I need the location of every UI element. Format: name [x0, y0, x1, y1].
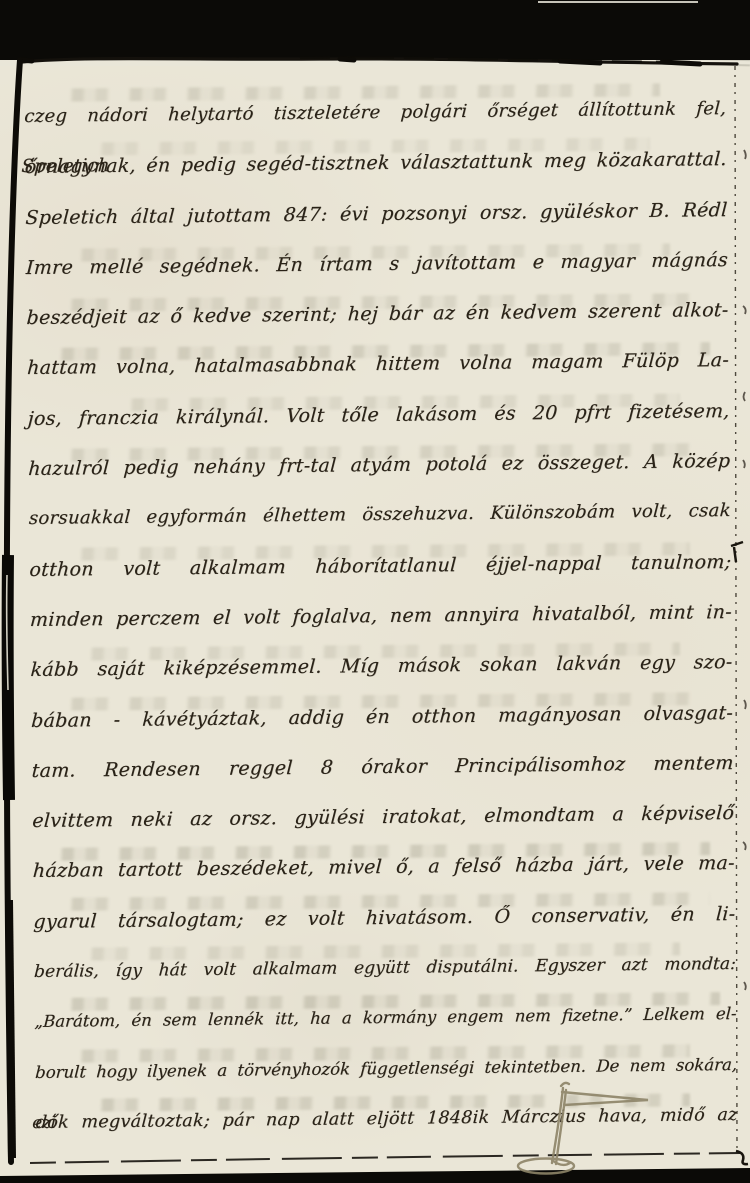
pencil-flag-annotation	[0, 0, 750, 1183]
manuscript-scan: czeg nádori helytartó tiszteletére polgá…	[0, 0, 750, 1183]
